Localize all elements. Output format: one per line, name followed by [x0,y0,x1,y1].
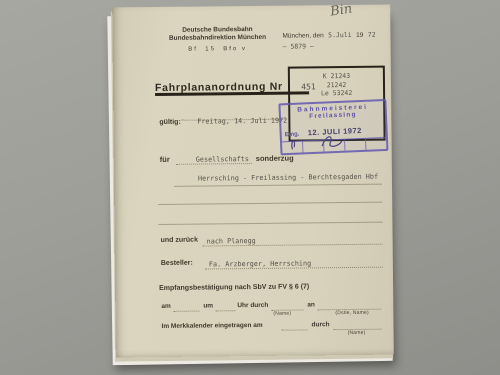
sonderzug-label: sonderzug [256,154,294,163]
return-value: nach Planegg [207,236,256,245]
um-rule [215,310,235,311]
stamp-signature-scribble [287,119,380,153]
receipt-line-2: Im Merkkalender eingetragen am durch (Na… [115,321,393,338]
for-rule [176,163,252,165]
um-label: um [203,302,213,309]
blank-rule-1 [158,202,382,205]
date-typed: 5.Juli [328,31,352,39]
place-label: München, den [282,32,323,39]
for-row: für Gesellschafts sonderzug [114,153,392,168]
year-typed: 72 [368,31,376,39]
ref-number: – 5879 – [283,42,387,51]
route-value: Herrsching - Freilassing - Berchtesgaden… [198,173,378,183]
office-hint: (Dstle, Name) [335,310,368,316]
receipt-heading: Empfangsbestätigung nach SbV zu FV § 6 (… [159,283,309,292]
an-label: an [307,301,315,308]
document-page: Bin Deutsche Bundesbahn Bundesbahndirekt… [112,5,394,358]
calendar-rule [282,329,308,330]
name-hint: (Name) [273,311,291,317]
bahnmeisterei-stamp: Bahnmeisterei Freilassing Eing. 12. JULI… [278,99,388,155]
for-label: für [160,155,170,164]
am-label: am [161,303,170,310]
issuing-authority-block: Deutsche Bundesbahn Bundesbahndirektion … [150,26,284,54]
return-label: und zurück [161,237,198,244]
place-date-block: München, den 5.Juli 19 72 – 5879 – [282,29,386,51]
year-prefix: 19 [356,32,363,39]
form-ref-line: Bf 15 Bfo v [151,45,285,54]
typed-number-3: Le 53242 [290,89,383,98]
title-underline-bar [155,91,309,96]
calendar-label: Im Merkkalender eingetragen am [161,322,262,330]
am-rule [173,311,199,312]
return-row: und zurück nach Planegg [115,235,393,250]
durch2-label: durch [311,321,329,328]
blank-rule-2 [158,222,382,225]
uhr-durch-label: Uhr durch [237,302,268,309]
handwritten-note: Bin [329,1,353,19]
valid-label: gültig: [159,119,180,126]
receipt-line-1: am um Uhr durch (Name) an (Dstle, Name) [115,301,393,318]
orderer-row: Besteller: Fa. Arzberger, Herrsching [115,258,393,273]
name-hint-2: (Name) [348,330,366,336]
route-rule [174,184,382,187]
orderer-label: Besteller: [161,260,193,267]
org-direktion: Bundesbahndirektion München [150,34,284,43]
